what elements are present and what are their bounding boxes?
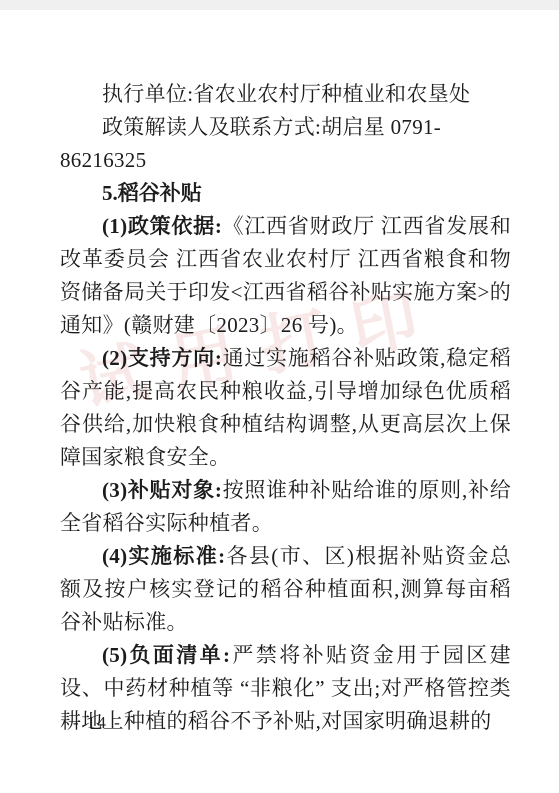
paragraph-subsidy-target: (3)补贴对象:按照谁种补贴给谁的原则,补给全省稻谷实际种植者。 xyxy=(60,474,511,540)
executing-unit-line: 执行单位:省农业农村厅种植业和农垦处 xyxy=(60,78,511,111)
paragraph-policy-basis-lead: (1)政策依据: xyxy=(102,214,222,238)
section-heading: 5.稻谷补贴 xyxy=(60,177,511,210)
executing-unit-value: 省农业农村厅种植业和农垦处 xyxy=(193,82,470,106)
paragraph-subsidy-target-lead: (3)补贴对象: xyxy=(102,478,222,502)
paragraph-support-direction: (2)支持方向:通过实施稻谷补贴政策,稳定稻谷产能,提高农民种粮收益,引导增加绿… xyxy=(60,342,511,474)
policy-contact-label: 政策解读人及联系方式: xyxy=(102,115,321,139)
paragraph-implementation-standard: (4)实施标准:各县(市、区)根据补贴资金总额及按户核实登记的稻谷种植面积,测算… xyxy=(60,540,511,639)
page-number: - 14 - xyxy=(73,712,122,734)
document-page: 试用打印 执行单位:省农业农村厅种植业和农垦处 政策解读人及联系方式:胡启星 0… xyxy=(0,0,559,793)
paragraph-negative-list-lead: (5)负面清单: xyxy=(102,643,230,667)
paragraph-implementation-standard-lead: (4)实施标准: xyxy=(102,544,225,568)
document-body: 执行单位:省农业农村厅种植业和农垦处 政策解读人及联系方式:胡启星 0791-8… xyxy=(60,78,511,738)
policy-contact-line: 政策解读人及联系方式:胡启星 0791-86216325 xyxy=(60,111,511,177)
paragraph-negative-list: (5)负面清单:严禁将补贴资金用于园区建设、中药材种植等 “非粮化” 支出;对严… xyxy=(60,639,511,738)
page-top-edge xyxy=(0,0,559,10)
executing-unit-label: 执行单位: xyxy=(102,82,193,106)
paragraph-support-direction-lead: (2)支持方向: xyxy=(102,346,222,370)
paragraph-policy-basis: (1)政策依据:《江西省财政厅 江西省发展和改革委员会 江西省农业农村厅 江西省… xyxy=(60,210,511,342)
